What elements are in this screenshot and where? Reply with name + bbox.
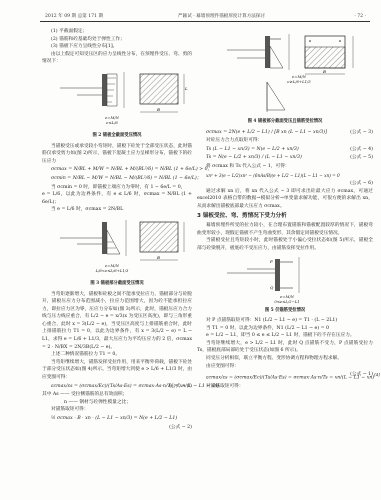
figure-3-diagram: B [42,216,192,266]
figure-3: B e=M/N L/6<e≤L/6+L1/3 [42,216,192,278]
paragraph-r5: 幕墙预埋件所受的拉力较小，在合理布置锚筋和锚板配置较厚的情况下，锚板弯曲变形较小… [197,222,373,237]
figure-5-caption: 图 5 仅锚筋受拉情况 [197,307,373,315]
paragraph-4: 当 e = L/6 时，σcmax = 2N/BL [42,206,192,214]
intro-paragraph: 由以上假定可知受压区的应力呈线性分布，在预埋件受压、弯、剪的情况下： [42,51,192,66]
figure-3-caption: 图 3 锚板部分截面受压情况 [42,280,192,288]
where-as: 其中 As —— 受拉侧锚筋的总有效面积； [42,391,192,399]
right-column: B e=M/N e≥L/6+L1/3 图 4 锚板部分截面受压且锚筋受拉情况 σ… [197,28,373,391]
paragraph-7: 当弯矩继续增大，锚筋发挥受拉作用，用来平衡外荷载，锚板下砼处于部分受压状态如(图… [42,359,192,382]
figure-2-diagram: B L [42,68,192,118]
equation-6-tag: (公式 − 6) [197,180,373,188]
figure-2-caption: 图 2 锚板全截面受压情况 [42,132,192,140]
journal-page: 2012 年 09 期 总第 171 期 严颖试 · 幕墙预埋件锚板厚度计算方法… [0,0,381,500]
figure-3-labels: e=M/N L/6<e≤L/6+L1/3 [72,263,152,273]
paragraph-r12: 由应变图可得： [197,363,373,371]
paragraph-r13: 对锚筋取矩可得： [197,383,373,391]
paragraph-r7: 对 P 点锚筋取矩可得：N1 (L/2 − L1 − e) = T1 · (L … [197,317,373,325]
moment-intro: 对锚筋取矩可得： [42,406,192,414]
paragraph-6: 上述二种情况锚筋拉力 T1 = 0。 [42,351,192,359]
issue-info: 2012 年 09 期 总第 171 期 [45,12,103,21]
figure-4-diagram: B [197,30,373,116]
paragraph-r11: 同受压分析相似，联立平衡方程、变形协调方程和物理方程求解。 [197,355,373,363]
dim-b: B [156,107,160,112]
page-number: · 72 · [354,12,366,21]
paragraph-r6: 当锚板受拉且弯矩较小时，此时锚板处于小偏心受拉状态如(图 5)所示，锚板全部与砼… [197,237,373,252]
assumption-2: (2) 锚筋和砼基础均处于弹性工作； [42,36,192,44]
section-3-heading: 3 锚板受拉、弯、剪情况下受力分析 [197,213,373,221]
left-column: (1) 平截面假定； (2) 锚筋和砼基础均处于弹性工作； (3) 锚板下应力呈… [42,28,192,431]
figure-4: B e=M/N e≥L/6+L1/3 [197,30,373,116]
equation-2-tag: (公式 − 2) [42,424,192,432]
paragraph-2: 当 σcmin = 0 时，即锚板上端应力为零时，有 1 − 6e/L = 0， [42,184,192,192]
svg-text:Q: Q [270,285,274,290]
equation-4: Ts (L − L1 − xn/3) = N(e − L/2 + xn/3) (… [197,146,373,154]
equation-5: Ts = N(e − L/2 + xn/3) / (L − L1 − xn/3)… [197,154,373,162]
equation-7: εcmax/εs = (σcmax/Ec)/(Ts/As·Es) = σcmax… [197,371,373,382]
equation-2: ½ σcmax · B · xn · (L − L1 − xn/3) = N(e… [42,415,192,423]
article-title: 严颖试 · 幕墙预埋件锚板厚度计算方法探讨 [178,12,265,21]
figure-5-labels: e=M/N 0≤e≤L/2−L1 [257,294,317,304]
equation-max-stress: σcmax = N/BL + M/W = N/BL + M/(BL²/6) = … [42,166,192,174]
equation-min-stress: σcmin = N/BL − M/W = N/BL − M/(BL²/6) = … [42,175,192,183]
equation-6: xn³ + 3(e − L/2)xn² − (6nAs/B)(e + L/2 −… [197,172,373,180]
paragraph-r2: 对砼压力合力点取矩可得： [197,137,373,145]
figure-4-caption: 图 4 锚板部分截面受压且锚筋受拉情况 [197,118,373,126]
paragraph-1: 当锚板受压或承受较小弯矩时，锚板下砼处于全部受压状态，此时锚筋仅承受剪力如(图 … [42,143,192,166]
svg-text:L: L [184,86,188,91]
paragraph-5: 当弯矩逐渐增大，锚板和砼板之间不能承受拉应力，锚板部分与砼脱开，锚板压应力分布范… [42,291,192,352]
assumption-1: (1) 平截面假定； [42,28,192,36]
figure-2-labels: e=M/N e≤L/6 [82,115,142,125]
svg-text:B: B [156,255,160,260]
figure-5-diagram: P Q [197,255,373,295]
figure-5: P Q e=M/N 0≤e≤L/2−L1 [197,255,373,305]
paragraph-r3: 将 σcmax 和 Ts 代入公式 − 1，可得： [197,163,373,171]
paragraph-r9: e = L/2 − L1，即当 0 ≤ e ≤ L/2 − L1 时，锚板下砼不… [197,332,373,340]
where-n: n —— 钢材与砼弹性模量之比； [42,399,192,407]
paragraph-3: e = L/6，以此为边界条件，有 e ≤ L/6 时，σcmax = N/BL… [42,191,192,206]
equation-3: σcmax = 2N(e + L/2 − L1) / [B xn (L − L1… [197,129,373,137]
paragraph-r8: 当 T1 = 0 时，以此为边界条件，N1 (L/2 − L1 − e) = 0 [197,325,373,333]
figure-2: B L e=M/N e≤L/6 [42,68,192,130]
svg-text:P: P [269,259,273,264]
paragraph-r10: 当弯矩继续增大，e > L/2 − L1 时，此时 Q 点锚筋不受力，P 点锚筋… [197,340,373,355]
equation-1: εcmax/εs = (σcmax/Ec)/(Ts/As·Es) = σcmax… [42,383,192,391]
assumption-3: (3) 锚板下应力呈线性分布[1]。 [42,43,192,51]
paragraph-r4: 通过求解 xn 后，将 xn 代入公式 − 3 即可求出砼最大应力 σcmax，… [197,188,373,211]
running-header: 2012 年 09 期 总第 171 期 严颖试 · 幕墙预埋件锚板厚度计算方法… [40,12,370,22]
figure-4-labels: e=M/N e≥L/6+L1/3 [269,74,329,84]
